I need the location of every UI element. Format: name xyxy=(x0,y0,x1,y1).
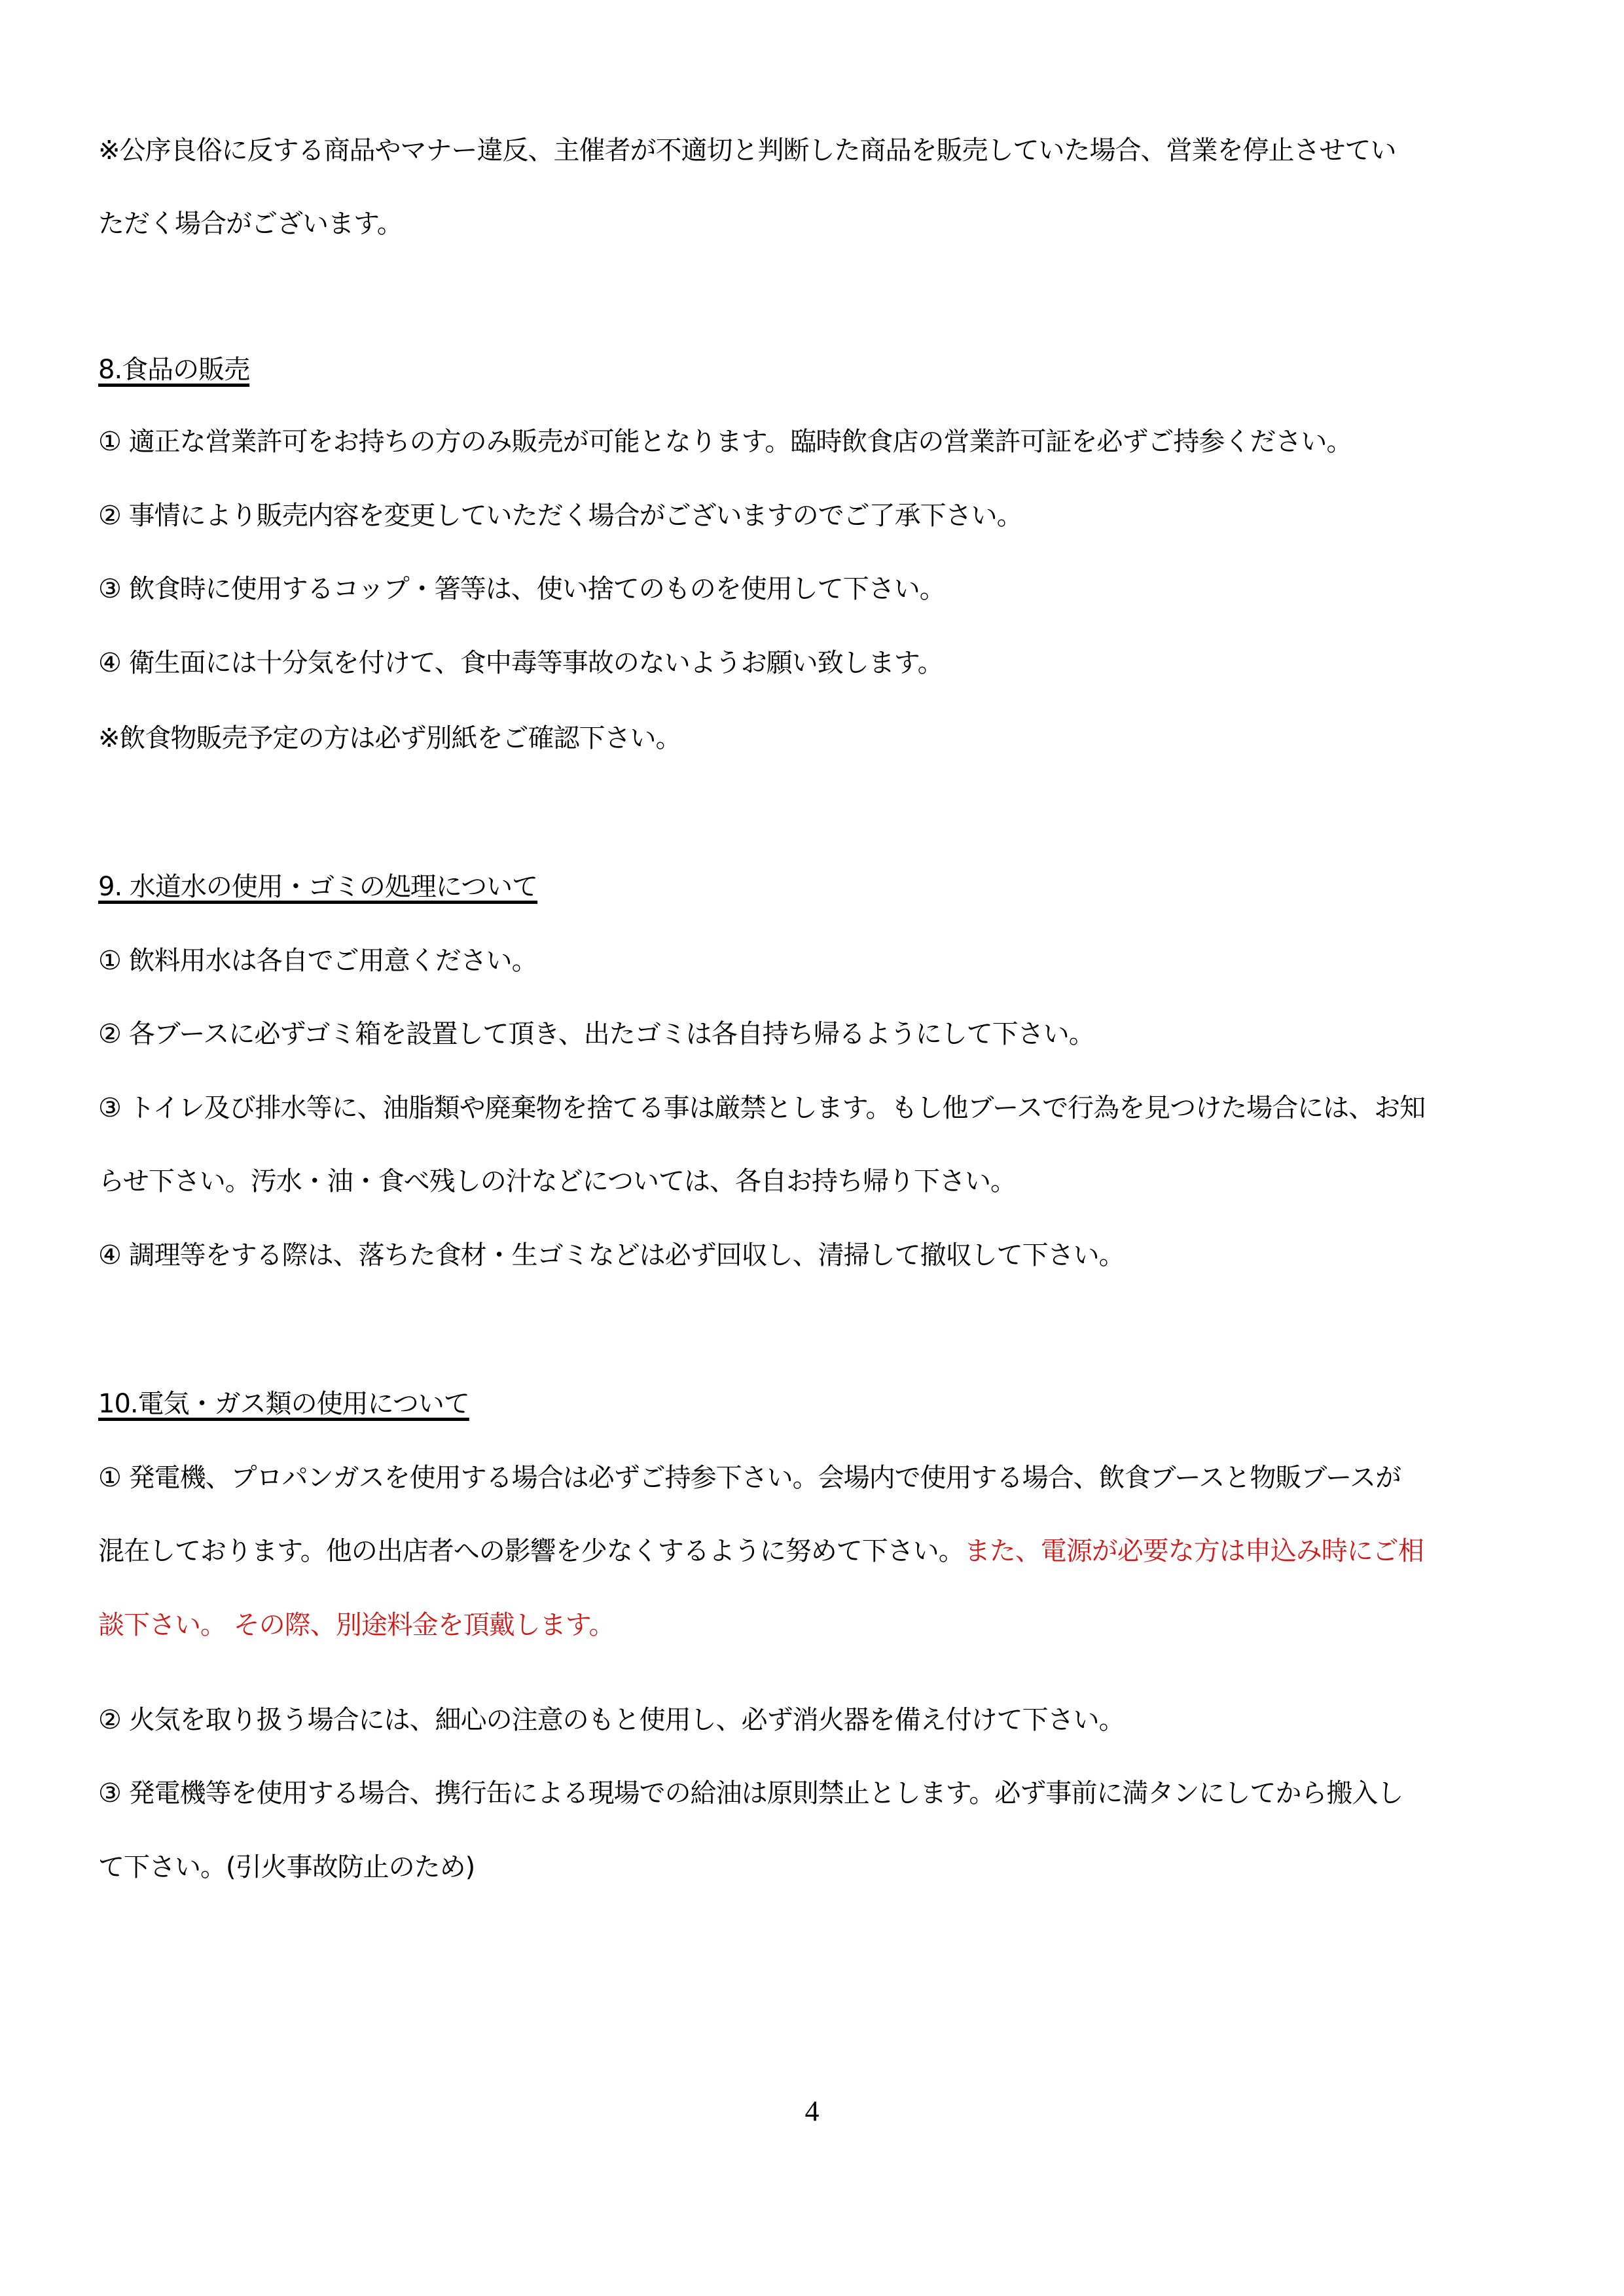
section-9-item-2: ② 各ブースに必ずゴミ箱を設置して頂き、出たゴミは各自持ち帰るようにして下さい。 xyxy=(98,1018,1094,1050)
section-8-note: ※飲食物販売予定の方は必ず別紙をご確認下さい。 xyxy=(98,723,681,754)
section-8-item-4: ④ 衛生面には十分気を付けて、食中毒等事故のないようお願い致します。 xyxy=(98,647,943,679)
section-9-heading: 9. 水道水の使用・ゴミの処理について xyxy=(98,871,537,903)
section-8-item-2: ② 事情により販売内容を変更していただく場合がございますのでご了承下さい。 xyxy=(98,500,1022,531)
section-10-item-1-line2: 混在しております。他の出店者への影響を少なくするように努めて下さい。また、電源が… xyxy=(98,1535,1424,1567)
section-10-item-1-line1: ① 発電機、プロパンガスを使用する場合は必ずご持参下さい。会場内で使用する場合、… xyxy=(98,1462,1401,1494)
section-9-item-3-line2: らせ下さい。汚水・油・食べ残しの汁などについては、各自お持ち帰り下さい。 xyxy=(98,1166,1016,1197)
section-10-heading: 10.電気・ガス類の使用について xyxy=(98,1388,469,1420)
section-10-item-2: ② 火気を取り扱う場合には、細心の注意のもと使用し、必ず消火器を備え付けて下さい… xyxy=(98,1704,1125,1736)
page-number: 4 xyxy=(0,2094,1624,2128)
section-9-item-4: ④ 調理等をする際は、落ちた食材・生ゴミなどは必ず回収し、清掃して撤収して下さい… xyxy=(98,1240,1125,1271)
intro-note-line2: ただく場合がございます。 xyxy=(98,208,403,240)
section-10-item-3-line1: ③ 発電機等を使用する場合、携行缶による現場での給油は原則禁止とします。必ず事前… xyxy=(98,1778,1403,1809)
section-10-item-1-black-text: 混在しております。他の出店者への影響を少なくするように努めて下さい。 xyxy=(98,1536,964,1566)
section-8-heading: 8.食品の販売 xyxy=(98,354,249,386)
section-10-item-3-line2: て下さい。(引火事故防止のため) xyxy=(98,1852,475,1883)
section-8-item-1: ① 適正な営業許可をお持ちの方のみ販売が可能となります。臨時飲食店の営業許可証を… xyxy=(98,426,1352,457)
power-notice-red-text: また、電源が必要な方は申込み時にご相 xyxy=(964,1536,1424,1566)
power-notice-red-text-line2: 談下さい。 その際、別途料金を頂戴します。 xyxy=(98,1609,615,1641)
section-9-item-1: ① 飲料用水は各自でご用意ください。 xyxy=(98,945,537,977)
section-8-item-3: ③ 飲食時に使用するコップ・箸等は、使い捨てのものを使用して下さい。 xyxy=(98,573,945,605)
section-9-item-3-line1: ③ トイレ及び排水等に、油脂類や廃棄物を捨てる事は厳禁とします。もし他ブースで行… xyxy=(98,1092,1425,1124)
intro-note-line1: ※公序良俗に反する商品やマナー違反、主催者が不適切と判断した商品を販売していた場… xyxy=(98,135,1396,166)
